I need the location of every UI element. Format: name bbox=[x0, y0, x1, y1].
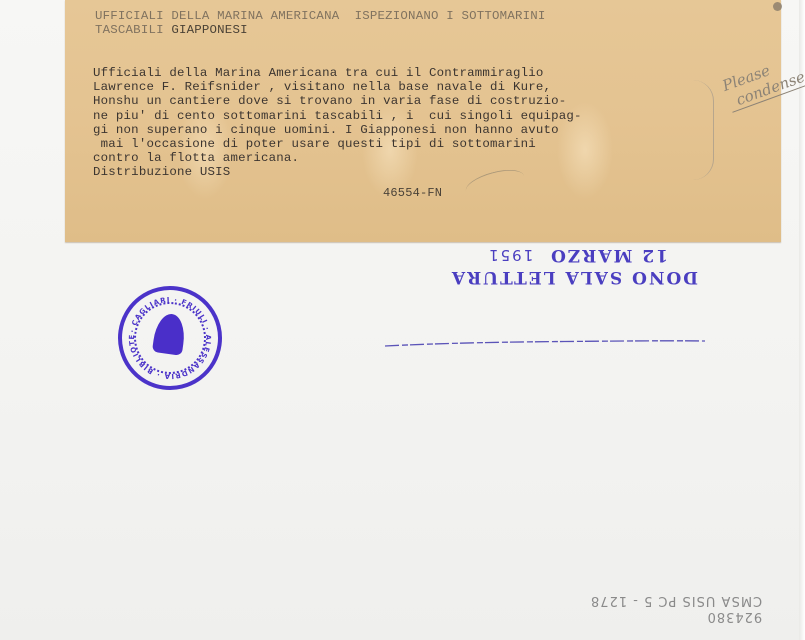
pencil-brace bbox=[693, 80, 714, 180]
library-stamp-date: 12 MARZO bbox=[549, 245, 668, 265]
caption-line: mai l'occasione di poter usare questi ti… bbox=[93, 137, 536, 151]
pin-mark bbox=[773, 2, 782, 11]
caption-line: ne piu' di cento sottomarini tascabili ,… bbox=[93, 109, 582, 123]
caption-title-line-2-faded: TASCABILI bbox=[95, 23, 171, 37]
blue-ink-line bbox=[385, 340, 705, 348]
round-seal: · CAGLIARI · FRIULI · ALESSANDRIA · BIBL… bbox=[111, 279, 228, 396]
caption-title-line-1: UFFICIALI DELLA MARINA AMERICANA ISPEZIO… bbox=[95, 9, 546, 23]
inventory-note: 924380 CMSA USIS PC 5 - 1278 bbox=[590, 592, 762, 624]
library-stamp-line-1: DONO SALA LETTURA bbox=[418, 266, 708, 288]
caption-title: UFFICIALI DELLA MARINA AMERICANA ISPEZIO… bbox=[95, 9, 546, 37]
photo-code: 46554-FN bbox=[383, 186, 442, 200]
caption-line: Ufficiali della Marina Americana tra cui… bbox=[93, 66, 544, 80]
caption-line: gi non superano i cinque uomini. I Giapp… bbox=[93, 123, 559, 137]
caption-label: UFFICIALI DELLA MARINA AMERICANA ISPEZIO… bbox=[65, 0, 781, 242]
inventory-number: 924380 bbox=[707, 609, 763, 624]
caption-distribution: Distribuzione USIS bbox=[93, 165, 230, 179]
caption-body: Ufficiali della Marina Americana tra cui… bbox=[93, 66, 582, 180]
caption-line: contro la flotta americana. bbox=[93, 151, 299, 165]
caption-line: Honshu un cantiere dove si trovano in va… bbox=[93, 94, 566, 108]
caption-title-line-2-strong: GIAPPONESI bbox=[171, 23, 247, 37]
library-stamp-line-2: 12 MARZO 1951 bbox=[418, 244, 708, 266]
library-stamp: DONO SALA LETTURA 12 MARZO 1951 bbox=[418, 244, 708, 288]
inventory-reference: CMSA USIS PC 5 - 1278 bbox=[590, 593, 762, 608]
caption-line: Lawrence F. Reifsnider , visitano nella … bbox=[93, 80, 551, 94]
sheet-edge bbox=[799, 0, 805, 640]
library-stamp-year: 1951 bbox=[487, 246, 533, 264]
